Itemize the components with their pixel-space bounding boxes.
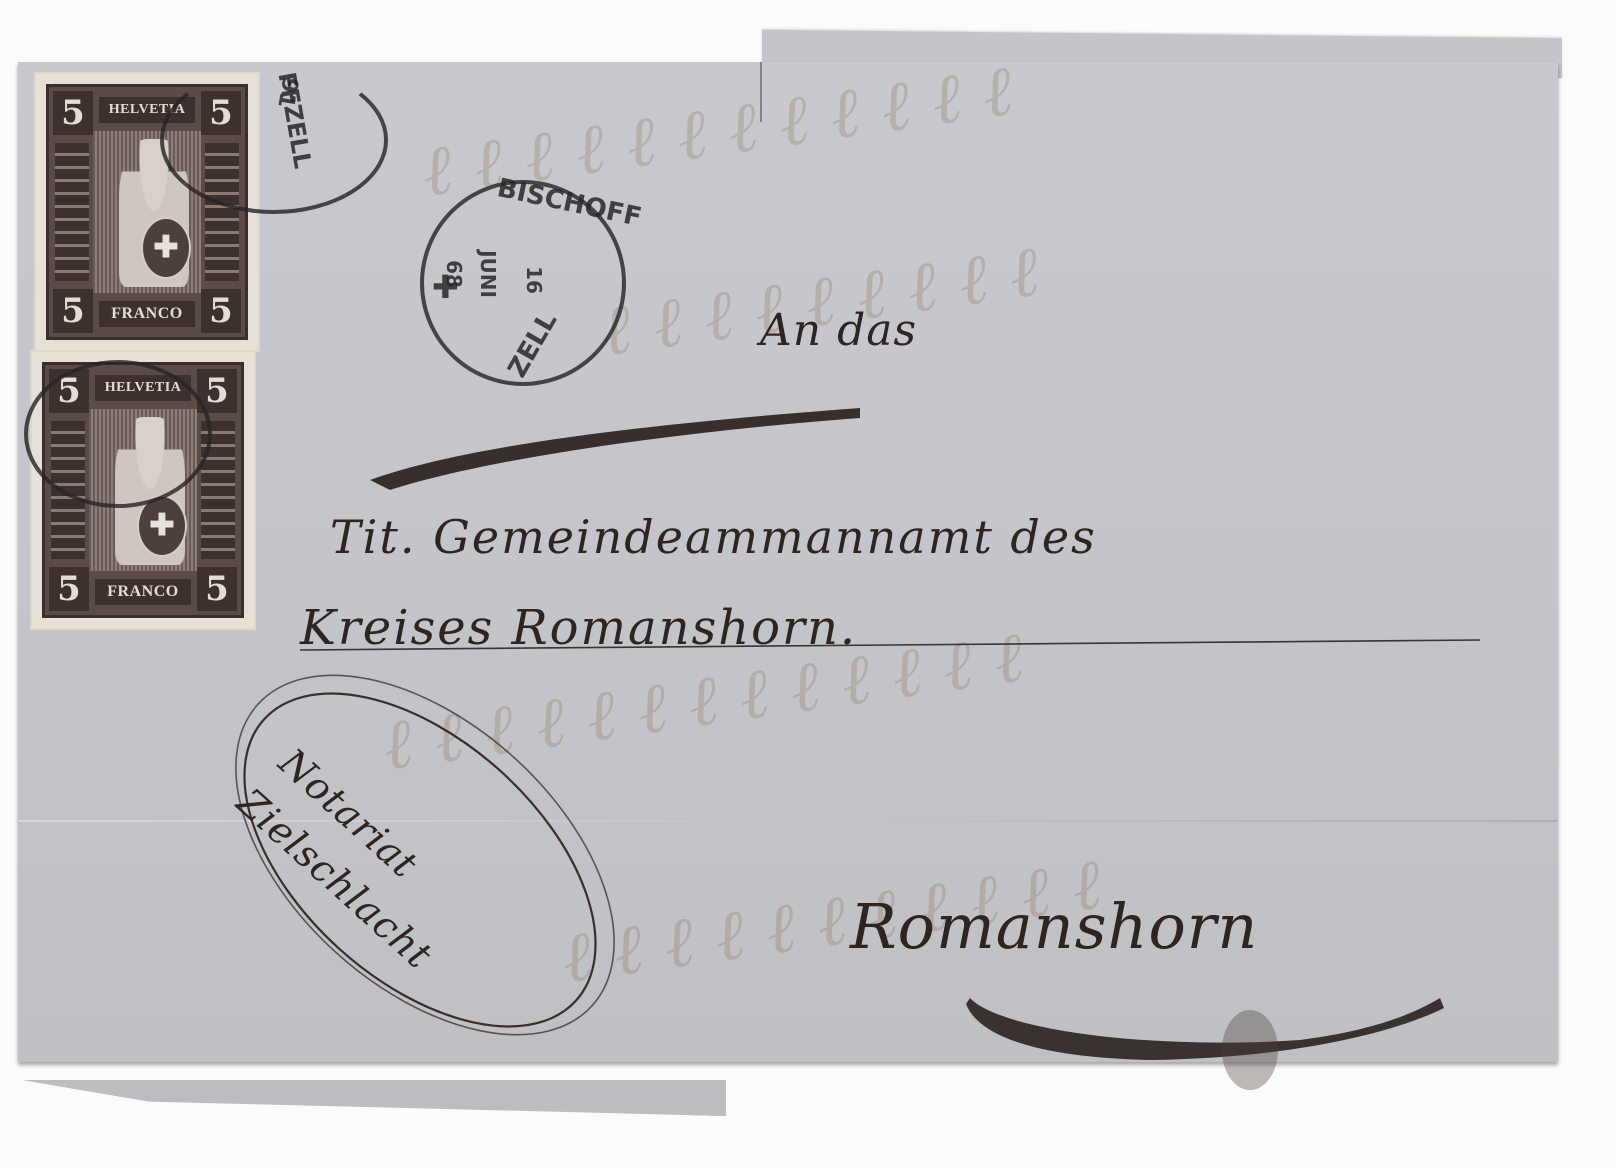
partial-postmark-ring-2 (24, 360, 212, 508)
address-line-2: Tit. Gemeindeammannamt des (330, 510, 1097, 564)
postal-cover: ℓ ℓ ℓ ℓ ℓ ℓ ℓ ℓ ℓ ℓ ℓ ℓ ℓ ℓ ℓ ℓ ℓ ℓ ℓ ℓ … (0, 0, 1616, 1168)
value-label: FRANCO (95, 579, 191, 605)
swiss-cross-shield-icon: ✚ (141, 217, 191, 279)
address-destination: Romanshorn (850, 890, 1258, 963)
ornament-column (55, 143, 89, 281)
postmark-day: 16 (522, 266, 546, 294)
address-line-1: An das (760, 305, 917, 356)
paper-bottom-flap (22, 1080, 726, 1116)
denomination-corner: 5 (53, 91, 93, 135)
denomination-corner: 5 (201, 289, 241, 333)
partial-postmark-date: 91 (272, 75, 302, 110)
postmark-swiss-cross-icon: ✚ (432, 268, 459, 306)
postmark-month: JUNI (476, 250, 500, 298)
value-label: FRANCO (99, 301, 195, 327)
denomination-corner: 5 (197, 567, 237, 611)
address-line-3: Kreises Romanshorn. (300, 600, 857, 656)
denomination-corner: 5 (49, 567, 89, 611)
denomination-corner: 5 (53, 289, 93, 333)
